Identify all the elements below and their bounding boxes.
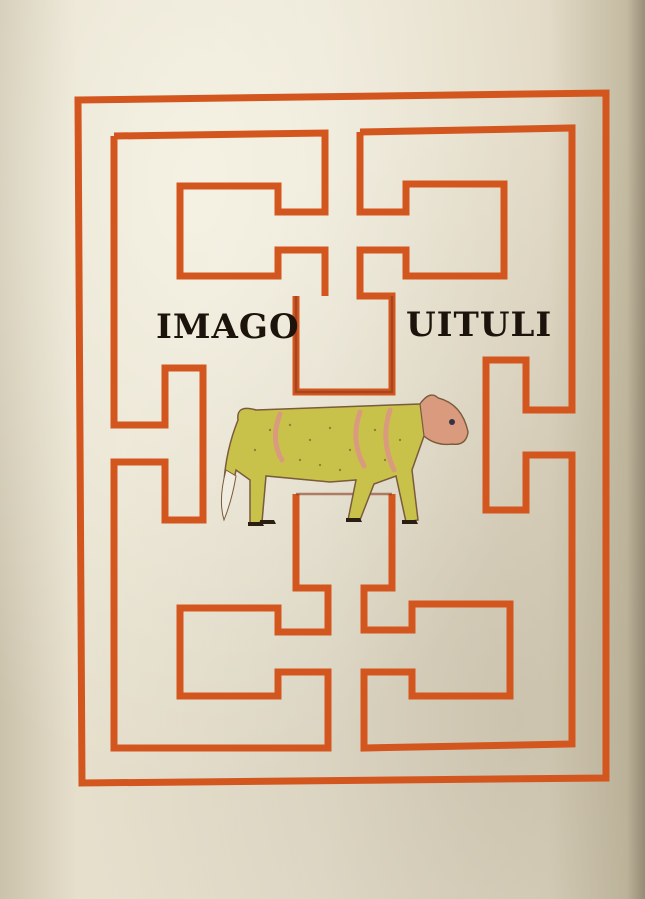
frame-ornament [0,0,645,899]
inscription-right: UITULI [406,308,552,342]
manuscript-page: IMAGO UITULI [0,0,645,899]
inscription-left: IMAGO [156,310,300,344]
calf-illustration [221,395,468,526]
